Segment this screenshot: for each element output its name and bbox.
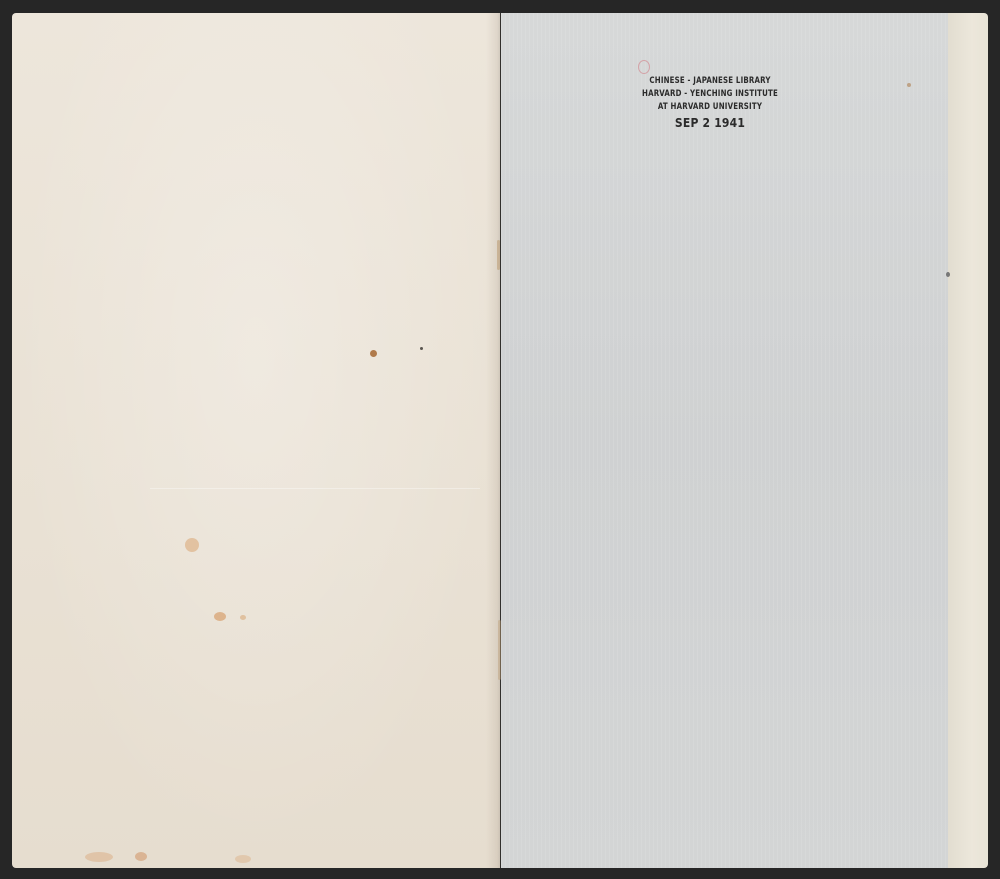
- library-stamp: CHINESE - JAPANESE LIBRARY HARVARD - YEN…: [620, 75, 800, 131]
- foxing-stain: [185, 538, 199, 552]
- binding-tear: [497, 240, 500, 270]
- red-mark: [638, 60, 650, 74]
- stamp-line-1: CHINESE - JAPANESE LIBRARY: [627, 75, 793, 88]
- book-spread: CHINESE - JAPANESE LIBRARY HARVARD - YEN…: [0, 0, 1000, 879]
- right-page: [501, 13, 948, 868]
- stain-mark: [420, 347, 423, 350]
- endpaper-strip: [948, 13, 988, 868]
- foxing-stain: [240, 615, 246, 620]
- foxing-stain: [235, 855, 251, 863]
- stain-mark: [907, 83, 911, 87]
- paper-crease: [150, 488, 480, 489]
- stain-mark: [370, 350, 377, 357]
- left-page: [12, 13, 500, 868]
- foxing-stain: [214, 612, 226, 621]
- stamp-line-3: AT HARVARD UNIVERSITY: [627, 101, 793, 114]
- gutter: [486, 13, 502, 868]
- foxing-stain: [135, 852, 147, 861]
- stamp-date: SEP 2 1941: [620, 115, 800, 131]
- foxing-stain: [85, 852, 113, 862]
- binding-tear: [498, 620, 501, 680]
- stain-mark: [946, 272, 950, 277]
- stamp-line-2: HARVARD - YENCHING INSTITUTE: [627, 88, 793, 101]
